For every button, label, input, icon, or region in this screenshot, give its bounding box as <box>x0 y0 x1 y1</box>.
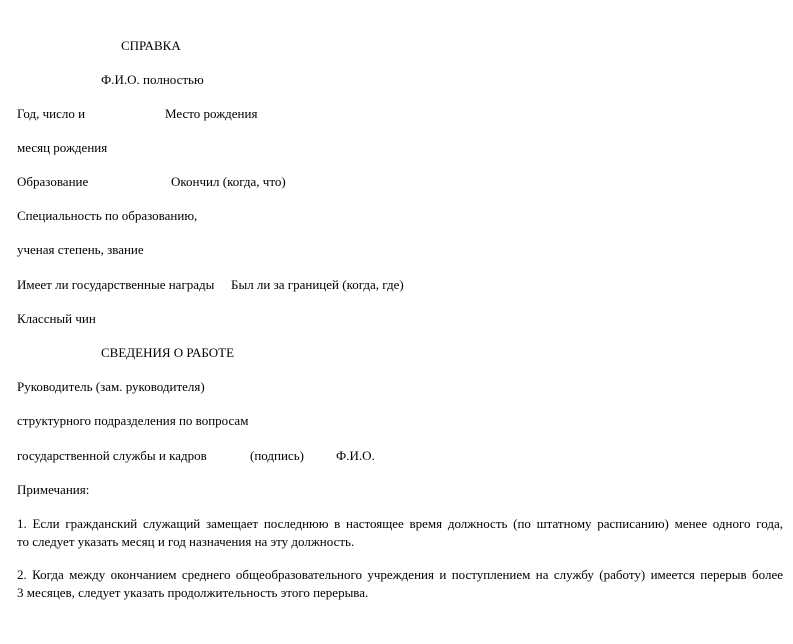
class-rank-label: Классный чин <box>17 311 96 326</box>
awards-label: Имеет ли государственные награды <box>17 277 214 292</box>
signatory-label-line2: структурного подразделения по вопросам <box>17 413 248 428</box>
birth-place-label: Место рождения <box>165 106 257 121</box>
note-1: 1. Если гражданский служащий замещает по… <box>17 515 783 551</box>
signature-label: (подпись) <box>250 448 304 463</box>
signatory-label-line3: государственной службы и кадров <box>17 448 207 463</box>
abroad-label: Был ли за границей (когда, где) <box>231 277 404 292</box>
fio-label: Ф.И.О. полностью <box>101 72 204 87</box>
note-2-line1: 2. Когда между окончанием среднего общео… <box>17 566 783 584</box>
specialty-label-line1: Специальность по образованию, <box>17 208 197 223</box>
graduated-label: Окончил (когда, что) <box>171 174 286 189</box>
note-2-line2: 3 месяцев, следует указать продолжительн… <box>17 584 783 602</box>
specialty-label-line2: ученая степень, звание <box>17 242 144 257</box>
work-section-heading: СВЕДЕНИЯ О РАБОТЕ <box>101 345 234 360</box>
notes-heading: Примечания: <box>17 482 89 497</box>
signatory-fio-label: Ф.И.О. <box>336 448 375 463</box>
note-1-line1: 1. Если гражданский служащий замещает по… <box>17 515 783 533</box>
education-label: Образование <box>17 174 88 189</box>
note-1-line2: то следует указать месяц и год назначени… <box>17 533 783 551</box>
birth-date-label-line1: Год, число и <box>17 106 85 121</box>
signatory-label-line1: Руководитель (зам. руководителя) <box>17 379 205 394</box>
note-2: 2. Когда между окончанием среднего общео… <box>17 566 783 602</box>
birth-date-label-line2: месяц рождения <box>17 140 107 155</box>
document-title: СПРАВКА <box>121 38 181 53</box>
